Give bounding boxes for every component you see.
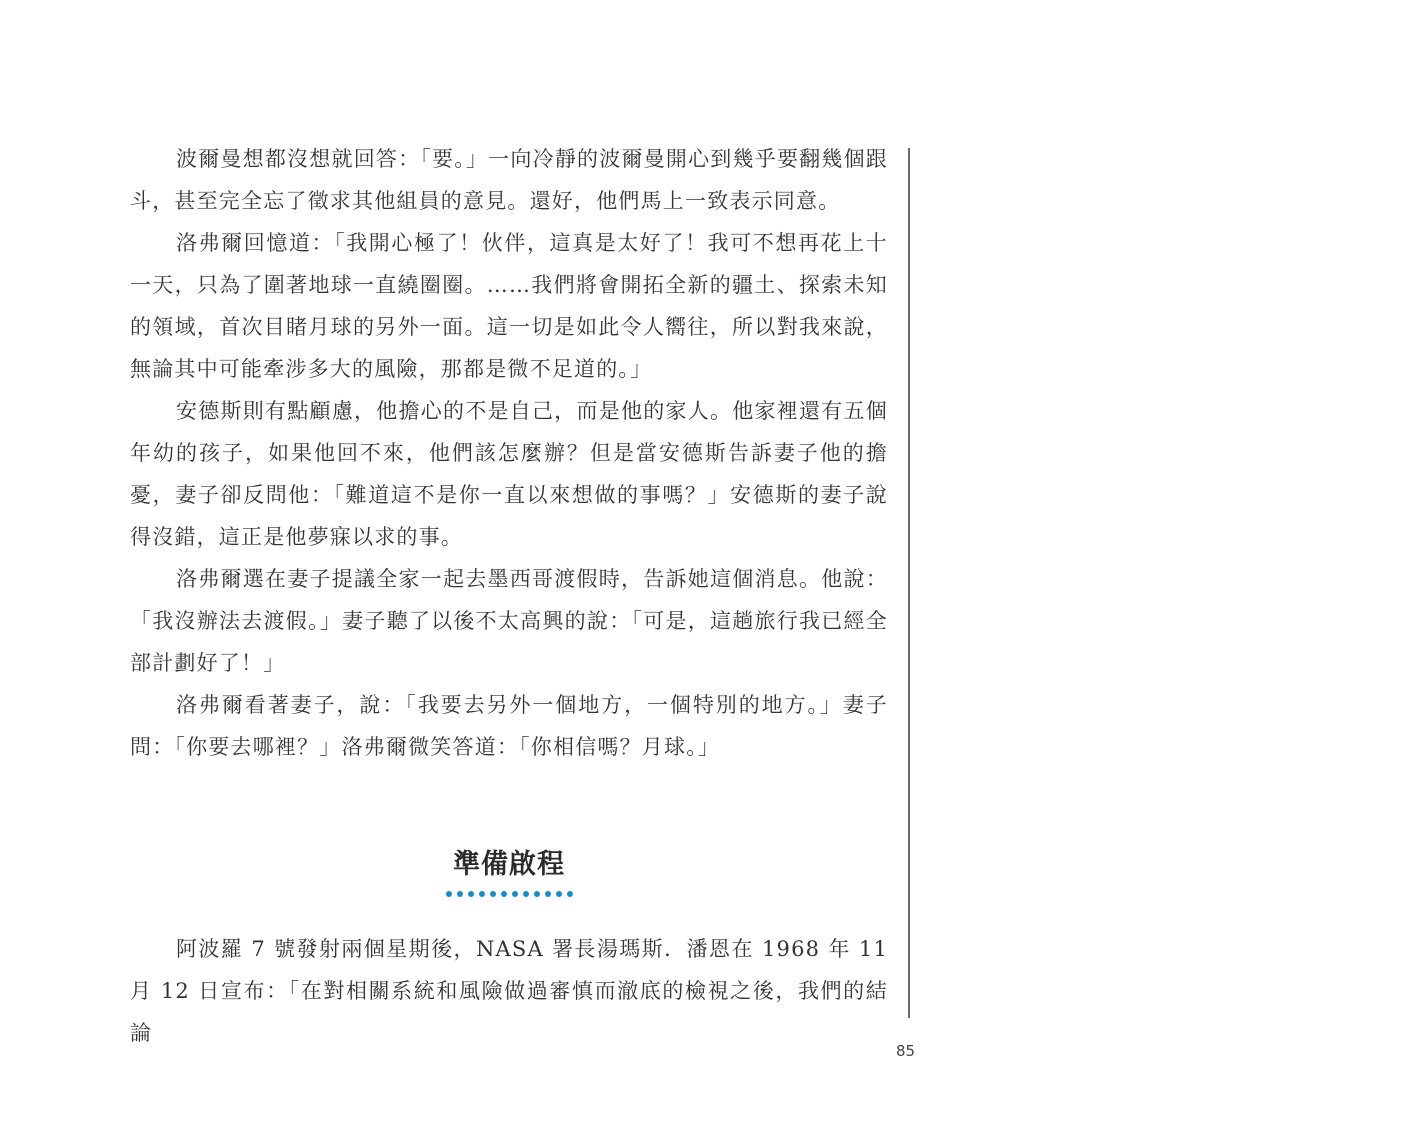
- dot-icon: [534, 891, 540, 897]
- paragraph: 阿波羅 7 號發射兩個星期後，NASA 署長湯瑪斯．潘恩在 1968 年 11 …: [130, 928, 888, 1054]
- paragraph: 洛弗爾看著妻子，說：「我要去另外一個地方，一個特別的地方。」妻子問：「你要去哪裡…: [130, 684, 888, 768]
- dot-icon: [479, 891, 485, 897]
- paragraph: 安德斯則有點顧慮，他擔心的不是自己，而是他的家人。他家裡還有五個年幼的孩子，如果…: [130, 390, 888, 558]
- section-body-column: 阿波羅 7 號發射兩個星期後，NASA 署長湯瑪斯．潘恩在 1968 年 11 …: [130, 928, 888, 1054]
- paragraph: 波爾曼想都沒想就回答：「要。」一向冷靜的波爾曼開心到幾乎要翻幾個跟斗，甚至完全忘…: [130, 138, 888, 222]
- dot-icon: [468, 891, 474, 897]
- vertical-margin-rule: [908, 148, 910, 1018]
- section-title: 準備啟程: [130, 845, 888, 885]
- dot-icon: [490, 891, 496, 897]
- body-text-column: 波爾曼想都沒想就回答：「要。」一向冷靜的波爾曼開心到幾乎要翻幾個跟斗，甚至完全忘…: [130, 138, 888, 768]
- paragraph: 洛弗爾回憶道：「我開心極了！伙伴，這真是太好了！我可不想再花上十一天，只為了圍著…: [130, 222, 888, 390]
- page-number: 85: [896, 1042, 915, 1060]
- section-heading: 準備啟程: [130, 845, 888, 897]
- dot-icon: [501, 891, 507, 897]
- dot-icon: [457, 891, 463, 897]
- book-page: 波爾曼想都沒想就回答：「要。」一向冷靜的波爾曼開心到幾乎要翻幾個跟斗，甚至完全忘…: [0, 0, 1418, 1123]
- dot-icon: [512, 891, 518, 897]
- dot-icon: [446, 891, 452, 897]
- dot-icon: [556, 891, 562, 897]
- paragraph: 洛弗爾選在妻子提議全家一起去墨西哥渡假時，告訴她這個消息。他說：「我沒辦法去渡假…: [130, 558, 888, 684]
- dot-icon: [567, 891, 573, 897]
- dot-icon: [545, 891, 551, 897]
- dotted-underline-decoration: [130, 891, 888, 897]
- dot-icon: [523, 891, 529, 897]
